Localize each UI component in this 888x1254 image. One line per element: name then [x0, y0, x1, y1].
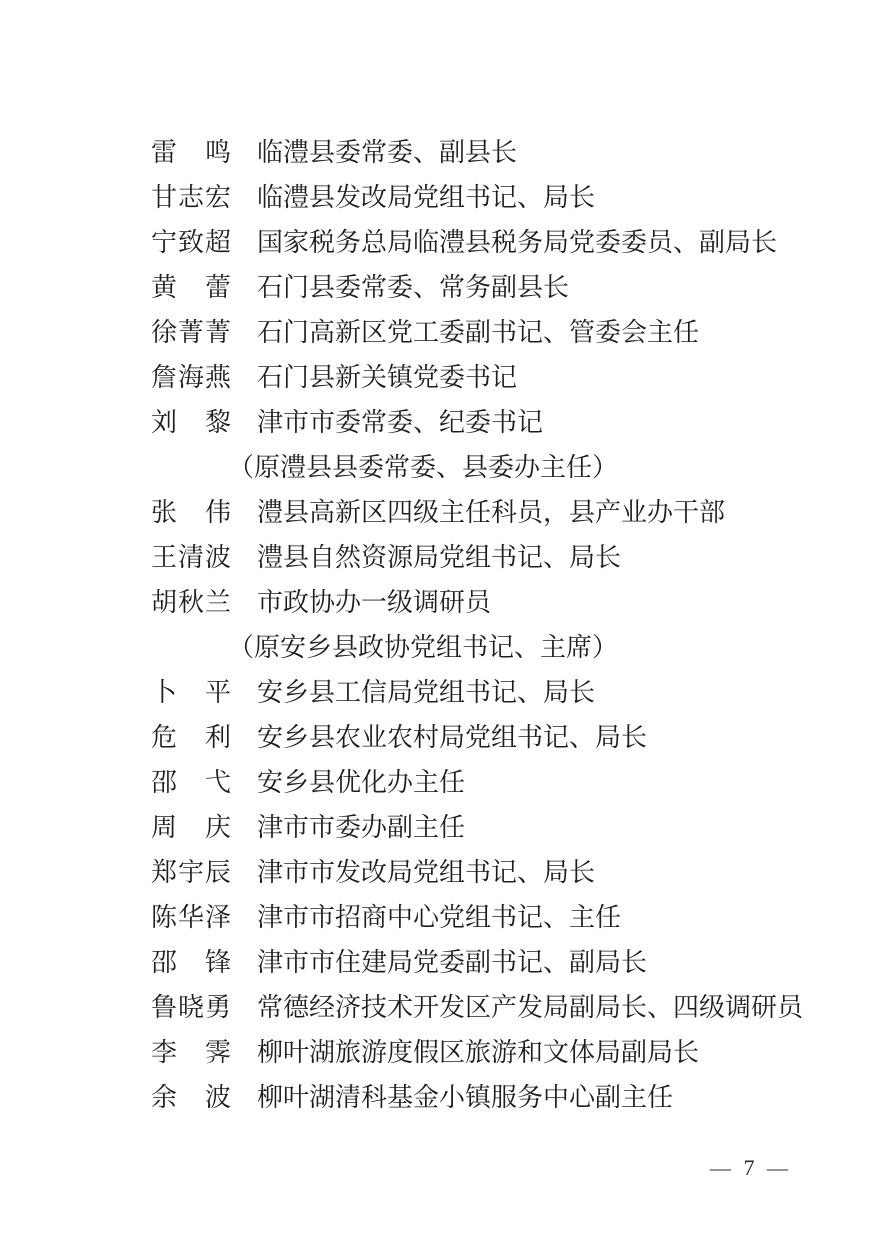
list-item: 宁致超国家税务总局临澧县税务局党委委员、副局长 — [151, 220, 803, 265]
position-title: 石门县委常委、常务副县长 — [257, 275, 569, 301]
person-name: 王清波 — [151, 545, 231, 571]
list-item: 邵弋安乡县优化办主任 — [151, 760, 803, 805]
list-item: 黄蕾石门县委常委、常务副县长 — [151, 265, 803, 310]
person-name: 郑宇辰 — [151, 860, 231, 886]
person-name: 邵锋 — [151, 950, 231, 976]
list-item: 刘黎津市市委常委、纪委书记 — [151, 400, 803, 445]
person-name: 徐菁菁 — [151, 320, 231, 346]
list-item: 詹海燕石门县新关镇党委书记 — [151, 355, 803, 400]
former-position-note: （原安乡县政协党组书记、主席） — [151, 625, 803, 670]
position-title: 临澧县发改局党组书记、局长 — [257, 185, 595, 211]
position-title: 柳叶湖清科基金小镇服务中心副主任 — [257, 1085, 673, 1111]
person-name: 卜平 — [151, 680, 231, 706]
list-item: 李霁柳叶湖旅游度假区旅游和文体局副局长 — [151, 1030, 803, 1075]
person-name: 危利 — [151, 725, 231, 751]
position-title: 常德经济技术开发区产发局副局长、四级调研员 — [257, 995, 803, 1021]
footer-dash-right: — — [767, 1156, 788, 1181]
page-footer: — 7 — — [710, 1153, 788, 1183]
position-title: 津市市发改局党组书记、局长 — [257, 860, 595, 886]
former-position-note: （原澧县县委常委、县委办主任） — [151, 445, 803, 490]
person-name: 雷鸣 — [151, 140, 231, 166]
position-title: 安乡县农业农村局党组书记、局长 — [257, 725, 647, 751]
position-title: 澧县自然资源局党组书记、局长 — [257, 545, 621, 571]
list-item: 雷鸣临澧县委常委、副县长 — [151, 130, 803, 175]
position-title: 临澧县委常委、副县长 — [257, 140, 517, 166]
position-title: 国家税务总局临澧县税务局党委委员、副局长 — [257, 230, 777, 256]
list-item: 胡秋兰市政协办一级调研员 — [151, 580, 803, 625]
list-item: 陈华泽津市市招商中心党组书记、主任 — [151, 895, 803, 940]
list-item: 危利安乡县农业农村局党组书记、局长 — [151, 715, 803, 760]
person-name: 李霁 — [151, 1040, 231, 1066]
entry-list: 雷鸣临澧县委常委、副县长甘志宏临澧县发改局党组书记、局长宁致超国家税务总局临澧县… — [151, 130, 803, 1120]
list-item: 徐菁菁石门高新区党工委副书记、管委会主任 — [151, 310, 803, 355]
person-name: 詹海燕 — [151, 365, 231, 391]
list-item: 鲁晓勇常德经济技术开发区产发局副局长、四级调研员 — [151, 985, 803, 1030]
person-name: 陈华泽 — [151, 905, 231, 931]
position-title: 津市市委常委、纪委书记 — [257, 410, 543, 436]
person-name: 刘黎 — [151, 410, 231, 436]
person-name: 胡秋兰 — [151, 590, 231, 616]
person-name: 甘志宏 — [151, 185, 231, 211]
position-title: 石门县新关镇党委书记 — [257, 365, 517, 391]
position-title: 市政协办一级调研员 — [257, 590, 491, 616]
document-page: 雷鸣临澧县委常委、副县长甘志宏临澧县发改局党组书记、局长宁致超国家税务总局临澧县… — [0, 0, 888, 1254]
person-name: 余波 — [151, 1085, 231, 1111]
person-name: 黄蕾 — [151, 275, 231, 301]
position-title: 津市市住建局党委副书记、副局长 — [257, 950, 647, 976]
position-title: 津市市招商中心党组书记、主任 — [257, 905, 621, 931]
position-title: 津市市委办副主任 — [257, 815, 465, 841]
person-name: 周庆 — [151, 815, 231, 841]
person-name: 张伟 — [151, 500, 231, 526]
list-item: 卜平安乡县工信局党组书记、局长 — [151, 670, 803, 715]
list-item: 甘志宏临澧县发改局党组书记、局长 — [151, 175, 803, 220]
list-item: 王清波澧县自然资源局党组书记、局长 — [151, 535, 803, 580]
page-number: 7 — [744, 1155, 755, 1181]
position-title: 安乡县工信局党组书记、局长 — [257, 680, 595, 706]
list-item: 邵锋津市市住建局党委副书记、副局长 — [151, 940, 803, 985]
list-item: 郑宇辰津市市发改局党组书记、局长 — [151, 850, 803, 895]
list-item: 张伟澧县高新区四级主任科员，县产业办干部 — [151, 490, 803, 535]
position-title: 安乡县优化办主任 — [257, 770, 465, 796]
list-item: 余波柳叶湖清科基金小镇服务中心副主任 — [151, 1075, 803, 1120]
position-title: 石门高新区党工委副书记、管委会主任 — [257, 320, 699, 346]
person-name: 邵弋 — [151, 770, 231, 796]
footer-dash-left: — — [710, 1156, 731, 1181]
person-name: 宁致超 — [151, 230, 231, 256]
list-item: 周庆津市市委办副主任 — [151, 805, 803, 850]
position-title: 柳叶湖旅游度假区旅游和文体局副局长 — [257, 1040, 699, 1066]
position-title: 澧县高新区四级主任科员，县产业办干部 — [257, 500, 725, 526]
person-name: 鲁晓勇 — [151, 995, 231, 1021]
